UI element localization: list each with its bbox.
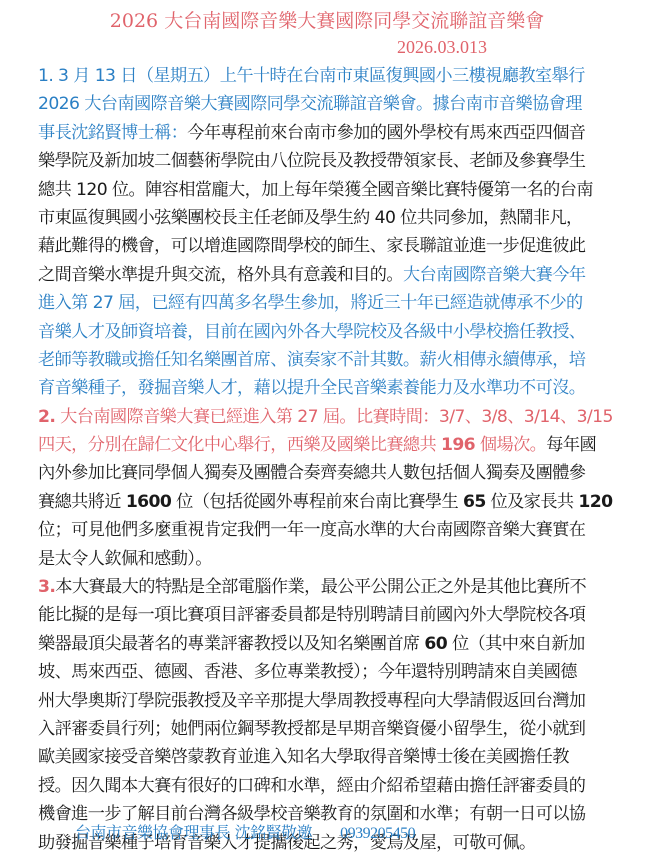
text-segment: 老師等教職或擔任知名樂團首席、演奏家不計其數。薪火相傳永續傳承，培 [38, 350, 585, 370]
text-segment: 2026 大台南國際音樂大賽國際同學交流聯誼音樂會。據台南市音樂協會理 [38, 94, 582, 114]
text-line: 3.本大賽最大的特點是全部電腦作業，最公平公開公正之外是其他比賽所不 [38, 573, 618, 601]
text-segment: 四天，分別在歸仁文化中心舉行，西樂及國樂比賽總共 [38, 435, 441, 455]
text-line: 位；可見他們多麼重視肯定我們一年一度高水準的大台南國際音樂大賽實在 [38, 516, 618, 544]
text-segment: 是太令人欽佩和感動）。 [38, 549, 212, 569]
text-segment: 育音樂種子，發掘音樂人才，藉以提升全民音樂素養能力及水準功不可沒。 [38, 378, 585, 398]
text-segment: 之間音樂水準提升與交流，格外具有意義和目的。 [38, 265, 403, 285]
text-segment: 市東區復興國小弦樂團校長主任老師及學生約 40 位共同參加，熱鬧非凡， [38, 208, 583, 228]
text-segment: 位及家長共 [486, 492, 579, 512]
text-line: 授。因久聞本大賽有很好的口碑和水準，經由介紹希望藉由擔任評審委員的 [38, 772, 618, 800]
text-segment: 65 [463, 492, 486, 512]
document-date: 2026.03.013 [397, 37, 487, 58]
text-line: 州大學奧斯汀學院張教授及辛辛那提大學周教授專程向大學請假返回台灣加 [38, 687, 618, 715]
text-line: 四天，分別在歸仁文化中心舉行，西樂及國樂比賽總共 196 個場次。每年國 [38, 431, 618, 459]
text-segment: 大台南國際音樂大賽已經進入第 27 屆。比賽時間：3/7、3/8、3/14、3/… [55, 407, 612, 427]
text-line: 老師等教職或擔任知名樂團首席、演奏家不計其數。薪火相傳永續傳承，培 [38, 346, 618, 374]
page-title: 2026 大台南國際音樂大賽國際同學交流聯誼音樂會 [0, 6, 654, 33]
text-line: 樂器最頂尖最著名的專業評審教授以及知名樂團首席 60 位（其中來自新加 [38, 630, 618, 658]
text-segment: 賽總共將近 [38, 492, 126, 512]
text-segment: 內外參加比賽同學個人獨奏及團體合奏齊奏總共人數包括個人獨奏及團體參 [38, 463, 585, 483]
text-segment: 藉此難得的機會，可以增進國際間學校的師生、家長聯誼並進一步促進彼此 [38, 236, 585, 256]
text-segment: 能比擬的是每一項比賽項目評審委員都是特別聘請目前國內外大學院校各項 [38, 605, 585, 625]
text-segment: 本大賽最大的特點是全部電腦作業，最公平公開公正之外是其他比賽所不 [55, 577, 586, 597]
text-segment: 60 [424, 634, 447, 654]
text-segment: 樂器最頂尖最著名的專業評審教授以及知名樂團首席 [38, 634, 424, 654]
text-line: 2. 大台南國際音樂大賽已經進入第 27 屆。比賽時間：3/7、3/8、3/14… [38, 403, 618, 431]
text-line: 總共 120 位。陣容相當龐大，加上每年榮獲全國音樂比賽特優第一名的台南 [38, 176, 618, 204]
text-segment: 進入第 27 屆，已經有四萬多名學生參加，將近三十年已經造就傳承不少的 [38, 293, 583, 313]
text-segment: 樂學院及新加坡二個藝術學院由八位院長及教授帶領家長、老師及參賽學生 [38, 151, 585, 171]
text-segment: 今年專程前來台南市參加的國外學校有馬來西亞四個音 [187, 123, 585, 143]
text-segment: 每年國 [546, 435, 596, 455]
text-segment: 總共 120 位。陣容相當龐大，加上每年榮獲全國音樂比賽特優第一名的台南 [38, 180, 593, 200]
text-segment: 120 [578, 492, 612, 512]
text-line: 入評審委員行列；她們兩位鋼琴教授都是早期音樂資優小留學生，從小就到 [38, 715, 618, 743]
text-line: 能比擬的是每一項比賽項目評審委員都是特別聘請目前國內外大學院校各項 [38, 601, 618, 629]
text-segment: 坡、馬來西亞、德國、香港、多位專業教授）；今年還特別聘請來自美國德 [38, 662, 577, 682]
text-segment: 位；可見他們多麼重視肯定我們一年一度高水準的大台南國際音樂大賽實在 [38, 520, 585, 540]
text-segment: 位（包括從國外專程前來台南比賽學生 [171, 492, 463, 512]
text-line: 坡、馬來西亞、德國、香港、多位專業教授）；今年還特別聘請來自美國德 [38, 658, 618, 686]
footer-signature-block: 台南市音樂協會理事長 沈銘賢敬邀0939205450 [75, 820, 415, 843]
text-line: 進入第 27 屆，已經有四萬多名學生參加，將近三十年已經造就傳承不少的 [38, 289, 618, 317]
text-segment: 個場次。 [475, 435, 546, 455]
article-body: 1. 3 月 13 日（星期五）上午十時在台南市東區復興國小三樓視廳教室舉行20… [38, 62, 618, 857]
phone-number: 0939205450 [340, 825, 415, 842]
text-segment: 入評審委員行列；她們兩位鋼琴教授都是早期音樂資優小留學生，從小就到 [38, 719, 585, 739]
text-segment: 196 [441, 435, 475, 455]
signature: 台南市音樂協會理事長 沈銘賢敬邀 [75, 823, 312, 842]
text-line: 育音樂種子，發掘音樂人才，藉以提升全民音樂素養能力及水準功不可沒。 [38, 374, 618, 402]
text-line: 之間音樂水準提升與交流，格外具有意義和目的。大台南國際音樂大賽今年 [38, 261, 618, 289]
text-segment: 1600 [126, 492, 171, 512]
text-line: 是太令人欽佩和感動）。 [38, 545, 618, 573]
text-segment: 授。因久聞本大賽有很好的口碑和水準，經由介紹希望藉由擔任評審委員的 [38, 776, 585, 796]
text-line: 藉此難得的機會，可以增進國際間學校的師生、家長聯誼並進一步促進彼此 [38, 232, 618, 260]
text-line: 樂學院及新加坡二個藝術學院由八位院長及教授帶領家長、老師及參賽學生 [38, 147, 618, 175]
text-segment: 州大學奧斯汀學院張教授及辛辛那提大學周教授專程向大學請假返回台灣加 [38, 691, 585, 711]
text-line: 事長沈銘賢博士稱：今年專程前來台南市參加的國外學校有馬來西亞四個音 [38, 119, 618, 147]
text-line: 賽總共將近 1600 位（包括從國外專程前來台南比賽學生 65 位及家長共 12… [38, 488, 618, 516]
text-segment: 大台南國際音樂大賽今年 [403, 265, 585, 285]
text-segment: 3. [38, 577, 55, 597]
text-segment: 1. 3 月 13 日（星期五）上午十時在台南市東區復興國小三樓視廳教室舉行 [38, 66, 585, 86]
text-line: 市東區復興國小弦樂團校長主任老師及學生約 40 位共同參加，熱鬧非凡， [38, 204, 618, 232]
text-line: 歐美國家接受音樂啓蒙教育並進入知名大學取得音樂博士後在美國擔任教 [38, 743, 618, 771]
text-line: 內外參加比賽同學個人獨奏及團體合奏齊奏總共人數包括個人獨奏及團體參 [38, 459, 618, 487]
text-segment: 事長沈銘賢博士稱： [38, 123, 187, 143]
text-segment: 歐美國家接受音樂啓蒙教育並進入知名大學取得音樂博士後在美國擔任教 [38, 747, 569, 767]
text-segment: 音樂人才及師資培養，目前在國內外各大學院校及各級中小學校擔任教授、 [38, 322, 585, 342]
text-segment: 位（其中來自新加 [447, 634, 585, 654]
text-line: 1. 3 月 13 日（星期五）上午十時在台南市東區復興國小三樓視廳教室舉行 [38, 62, 618, 90]
text-segment: 2. [38, 407, 55, 427]
text-line: 音樂人才及師資培養，目前在國內外各大學院校及各級中小學校擔任教授、 [38, 318, 618, 346]
text-line: 2026 大台南國際音樂大賽國際同學交流聯誼音樂會。據台南市音樂協會理 [38, 90, 618, 118]
